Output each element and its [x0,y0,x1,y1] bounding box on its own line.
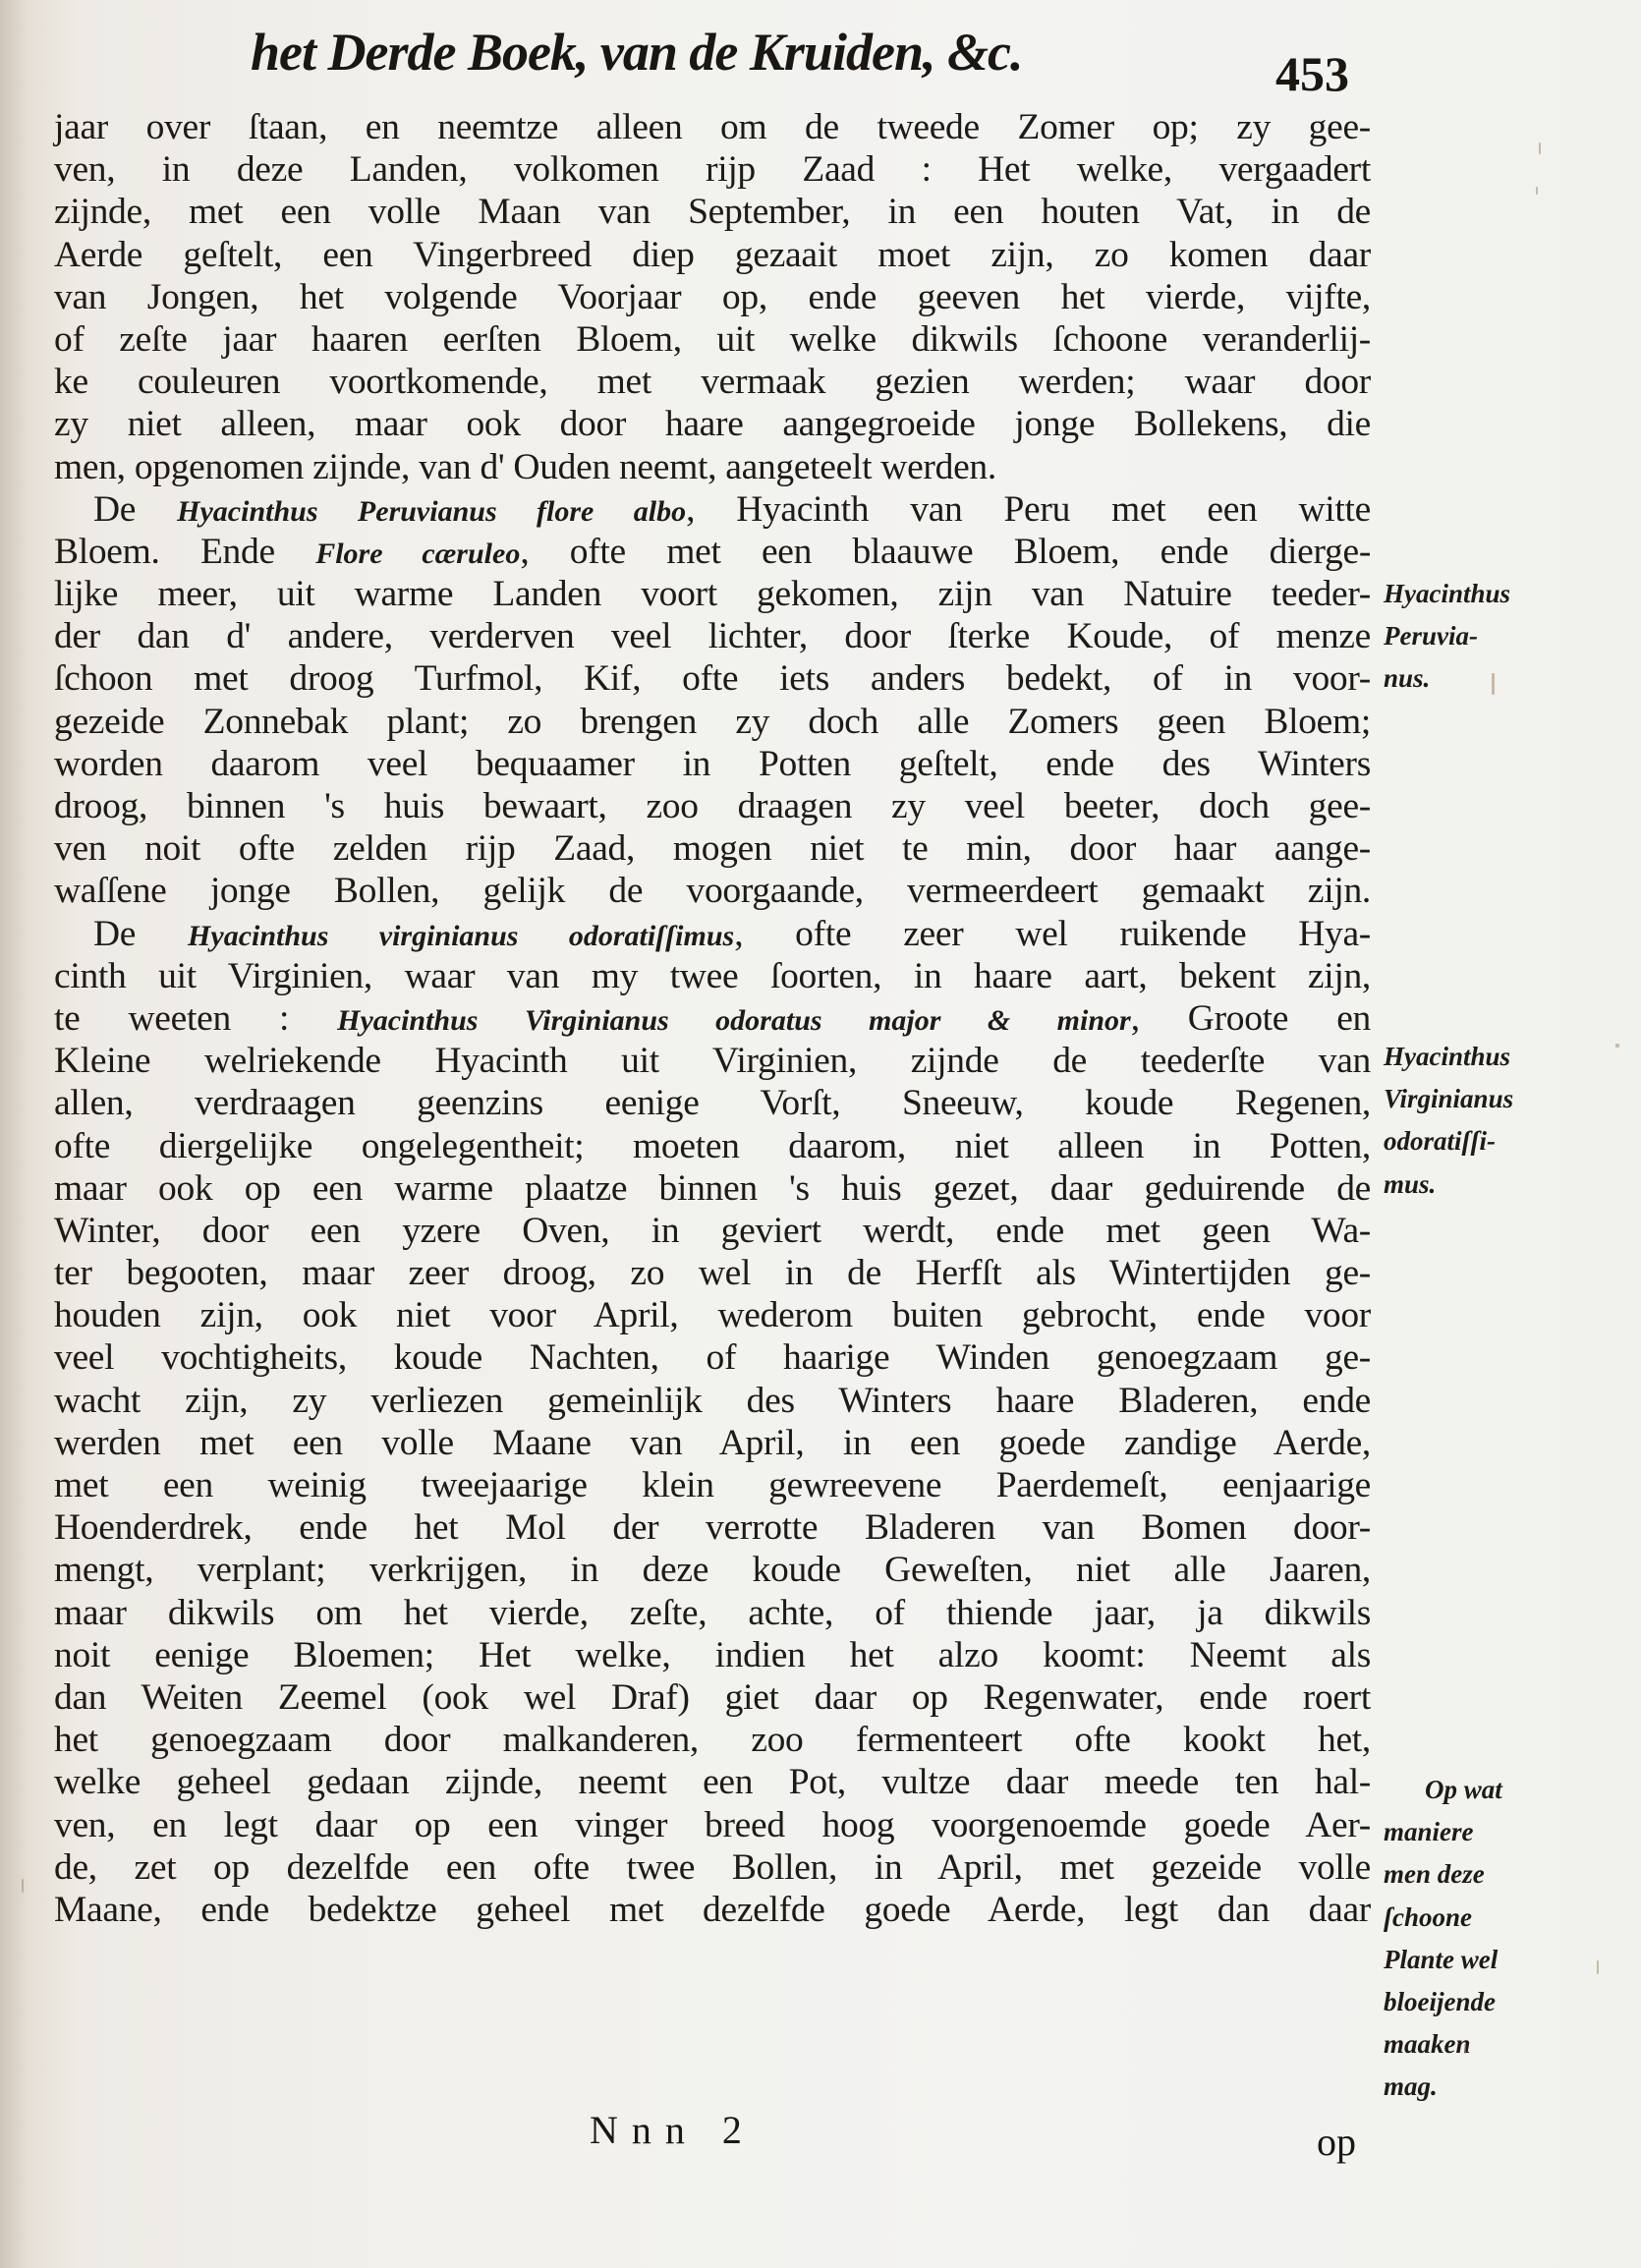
latin-name: Hyacinthus Peruvianus flore albo [177,495,686,528]
text-line: allen, verdraagen geenzins eenige Vorſt,… [54,1082,1371,1124]
text-line: houden zijn, ook niet voor April, wedero… [54,1294,1371,1336]
text-line: Aerde geſtelt, een Vingerbreed diep geza… [54,234,1371,276]
text-line: ofte diergelijke ongelegentheit; moeten … [54,1125,1371,1167]
margin-note-hyacinthus-virginianus: Hyacinthus Virginianus odoratiſſi- mus. [1384,1036,1629,1206]
paper-speck [1536,187,1538,195]
latin-name: Hyacinthus Virginianus odoratus major & … [337,1004,1131,1037]
text-line: Maane, ende bedektze geheel met dezelfde… [54,1889,1371,1931]
margin-note-hyacinthus-peruvianus: Hyacinthus Peruvia- nus. [1384,573,1629,701]
text-line: zijnde, met een volle Maan van September… [54,191,1371,233]
text-line: Kleine welriekende Hyacinth uit Virginie… [54,1040,1371,1082]
signature-mark: Nnn 2 [590,2107,756,2153]
text-line: ter begooten, maar zeer droog, zo wel in… [54,1252,1371,1294]
text-line: met een weinig tweejaarige klein gewreev… [54,1464,1371,1506]
text-line: wacht zijn, zy verliezen gemeinlijk des … [54,1380,1371,1422]
text-line: de, zet op dezelfde een ofte twee Bollen… [54,1846,1371,1889]
text-line: ven noit ofte zelden rijp Zaad, mogen ni… [54,827,1371,870]
text-line: cinth uit Virginien, waar van my twee ſo… [54,955,1371,997]
page-header: het Derde Boek, van de Kruiden, &c. 453 [251,22,1381,100]
text-line: Bloem. Ende Flore cæruleo, ofte met een … [54,531,1371,573]
text-line: of zeſte jaar haaren eerſten Bloem, uit … [54,318,1371,361]
text-line: gezeide Zonnebak plant; zo brengen zy do… [54,701,1371,743]
text-line: maar dikwils om het vierde, zeſte, achte… [54,1592,1371,1634]
margin-note-op-wat-maniere: Op wat maniere men deze ſchoone Plante w… [1384,1769,1629,2109]
text-line: ſchoon met droog Turfmol, Kif, ofte iets… [54,657,1371,700]
paper-speck [1464,2044,1466,2054]
text-line: te weeten : Hyacinthus Virginianus odora… [54,997,1371,1040]
text-line: De Hyacinthus Peruvianus flore albo, Hya… [54,488,1371,531]
body-text: jaar over ſtaan, en neemtze alleen om de… [54,106,1371,1931]
text-line: worden daarom veel bequaamer in Potten g… [54,743,1371,785]
text-line: waſſene jonge Bollen, gelijk de voorgaan… [54,870,1371,912]
running-title: het Derde Boek, van de Kruiden, &c. [251,22,1022,83]
text-line: Winter, door een yzere Oven, in geviert … [54,1210,1371,1252]
text-line: droog, binnen 's huis bewaart, zoo draag… [54,785,1371,827]
paper-speck [1492,673,1495,695]
text-line: der dan d' andere, verderven veel lichte… [54,615,1371,657]
text-line: jaar over ſtaan, en neemtze alleen om de… [54,106,1371,148]
text-line: ke couleuren voortkomende, met vermaak g… [54,361,1371,403]
text-line: werden met een volle Maane van April, in… [54,1422,1371,1464]
text-line: De Hyacinthus virginianus odoratiſſimus,… [54,913,1371,955]
catchword: op [1317,2119,1356,2165]
page-number: 453 [1275,45,1349,102]
text-line: dan Weiten Zeemel (ook wel Draf) giet da… [54,1676,1371,1719]
text-line: van Jongen, het volgende Voorjaar op, en… [54,276,1371,318]
text-line: maar ook op een warme plaatze binnen 's … [54,1167,1371,1210]
text-line: mengt, verplant; verkrijgen, in deze kou… [54,1549,1371,1591]
text-line: het genoegzaam door malkanderen, zoo fer… [54,1719,1371,1761]
text-line: welke geheel gedaan zijnde, neemt een Po… [54,1761,1371,1803]
text-line: men, opgenomen zijnde, van d' Ouden neem… [54,446,1371,488]
paper-speck [1539,142,1541,154]
text-line: ven, en legt daar op een vinger breed ho… [54,1804,1371,1846]
text-line: veel vochtigheits, koude Nachten, of haa… [54,1336,1371,1379]
paper-speck [22,1879,24,1893]
latin-name: Flore cæruleo [315,538,520,570]
paper-speck [1597,1960,1599,1974]
text-line: ven, in deze Landen, volkomen rijp Zaad … [54,148,1371,191]
text-line: zy niet alleen, maar ook door haare aang… [54,403,1371,445]
latin-name: Hyacinthus virginianus odoratiſſimus [188,920,734,952]
text-line: Hoenderdrek, ende het Mol der verrotte B… [54,1506,1371,1549]
text-line: noit eenige Bloemen; Het welke, indien h… [54,1634,1371,1676]
paper-speck [1615,1044,1619,1048]
text-line: lijke meer, uit warme Landen voort gekom… [54,573,1371,615]
